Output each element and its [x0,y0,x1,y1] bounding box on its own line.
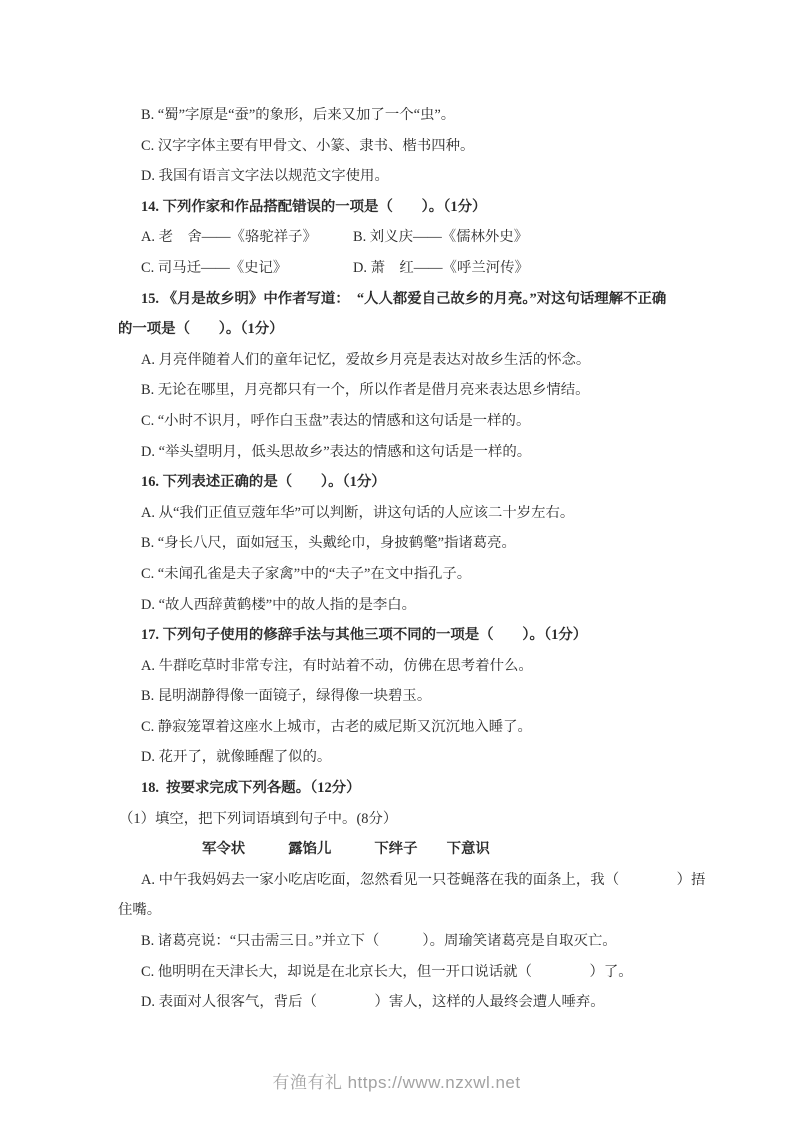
option-line: C. 他明明在天津长大，却说是在北京长大，但一开口说话就（ ）了。 [118,957,698,988]
word-bank-item: 露馅儿 [288,841,331,857]
option-line: C. “未闻孔雀是夫子家禽”中的“夫子”在文中指孔子。 [118,559,698,590]
question-stem-continuation: 的一项是（ ）。（1分） [118,314,698,345]
option-line: C. 汉字字体主要有甲骨文、小篆、隶书、楷书四种。 [118,131,698,162]
option-line: B. “蜀”字原是“蚕”的象形，后来又加了一个“虫”。 [118,100,698,131]
question-stem: 14. 下列作家和作品搭配错误的一项是（ ）。（1分） [118,192,698,223]
option-line: A. 中午我妈妈去一家小吃店吃面，忽然看见一只苍蝇落在我的面条上，我（ ）捂 [118,865,698,896]
text-continuation: 住嘴。 [118,895,698,926]
option-line: A. 牛群吃草时非常专注，有时站着不动，仿佛在思考着什么。 [118,651,698,682]
option-line: A. 从“我们正值豆蔻年华”可以判断，讲这句话的人应该二十岁左右。 [118,498,698,529]
option-row: A. 老 舍——《骆驼祥子》B. 刘义庆——《儒林外史》 [118,222,698,253]
word-bank-item: 下意识 [447,841,490,857]
word-bank-item: 军令状 [202,841,245,857]
option-line: D. 花开了，就像睡醒了似的。 [118,742,698,773]
word-bank-item: 下绊子 [374,841,417,857]
option-cell: B. 刘义庆——《儒林外史》 [353,229,528,245]
watermark: 有渔有礼 https://www.nzxwl.net [0,1068,793,1093]
option-line: B. “身长八尺，面如冠玉，头戴纶巾，身披鹤氅”指诸葛亮。 [118,528,698,559]
exam-text-block: B. “蜀”字原是“蚕”的象形，后来又加了一个“虫”。C. 汉字字体主要有甲骨文… [118,100,698,1018]
word-bank: 军令状露馅儿下绊子下意识 [118,834,698,865]
option-line: B. 无论在哪里，月亮都只有一个，所以作者是借月亮来表达思乡情结。 [118,375,698,406]
option-line: C. “小时不识月，呼作白玉盘”表达的情感和这句话是一样的。 [118,406,698,437]
option-line: B. 昆明湖静得像一面镜子，绿得像一块碧玉。 [118,681,698,712]
option-cell: D. 萧 红——《呼兰河传》 [353,260,529,276]
option-line: A. 月亮伴随着人们的童年记忆，爱故乡月亮是表达对故乡生活的怀念。 [118,345,698,376]
question-stem: 18. 按要求完成下列各题。（12分） [118,773,698,804]
question-stem: 17. 下列句子使用的修辞手法与其他三项不同的一项是（ ）。（1分） [118,620,698,651]
question-stem: 15. 《月是故乡明》中作者写道： “人人都爱自己故乡的月亮。”对这句话理解不正… [118,284,698,315]
option-cell: C. 司马迁——《史记》 [141,253,353,284]
exam-page: B. “蜀”字原是“蚕”的象形，后来又加了一个“虫”。C. 汉字字体主要有甲骨文… [0,0,793,1122]
option-line: D. 我国有语言文字法以规范文字使用。 [118,161,698,192]
question-stem: 16. 下列表述正确的是（ ）。（1分） [118,467,698,498]
option-cell: A. 老 舍——《骆驼祥子》 [141,222,353,253]
option-line: C. 静寂笼罩着这座水上城市，古老的威尼斯又沉沉地入睡了。 [118,712,698,743]
option-line: D. “故人西辞黄鹤楼”中的故人指的是李白。 [118,590,698,621]
option-line: D. “举头望明月，低头思故乡”表达的情感和这句话是一样的。 [118,437,698,468]
option-row: C. 司马迁——《史记》D. 萧 红——《呼兰河传》 [118,253,698,284]
option-line: D. 表面对人很客气，背后（ ）害人，这样的人最终会遭人唾弃。 [118,987,698,1018]
sub-question: （1）填空，把下列词语填到句子中。(8分） [118,804,698,835]
option-line: B. 诸葛亮说：“只击需三日。”并立下（ ）。周瑜笑诸葛亮是自取灭亡。 [118,926,698,957]
